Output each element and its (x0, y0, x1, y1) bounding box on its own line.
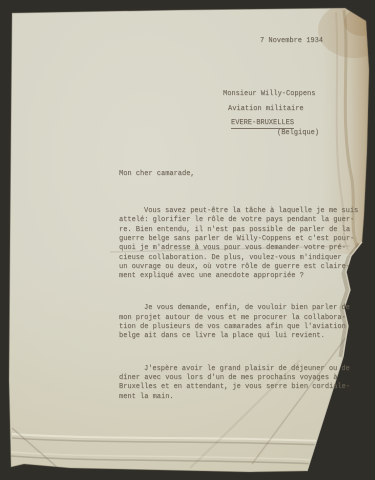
recipient-unit: Aviation militaire (228, 105, 304, 114)
letter-date: 7 Novembre 1934 (260, 37, 323, 46)
paragraph-1: Vous savez peut-être la tâche à laquelle… (119, 207, 361, 282)
recipient-city-underlined: EVERE-BRUXELLES (231, 119, 294, 129)
recipient-country: (Belgique) (277, 129, 319, 138)
paragraph-2: Je vous demande, enfin, de vouloir bien … (119, 304, 361, 341)
recipient-name: Monsieur Willy-Coppens (223, 90, 315, 99)
salutation: Mon cher camarade, (119, 170, 195, 179)
recipient-city: EVERE-BRUXELLES (231, 119, 294, 128)
scanned-letter-page: 7 Novembre 1934 Monsieur Willy-Coppens A… (0, 0, 375, 480)
paragraph-3: J'espère avoir le grand plaisir de déjeu… (119, 365, 361, 402)
letter-body: Vous savez peut-être la tâche à laquelle… (119, 188, 361, 425)
